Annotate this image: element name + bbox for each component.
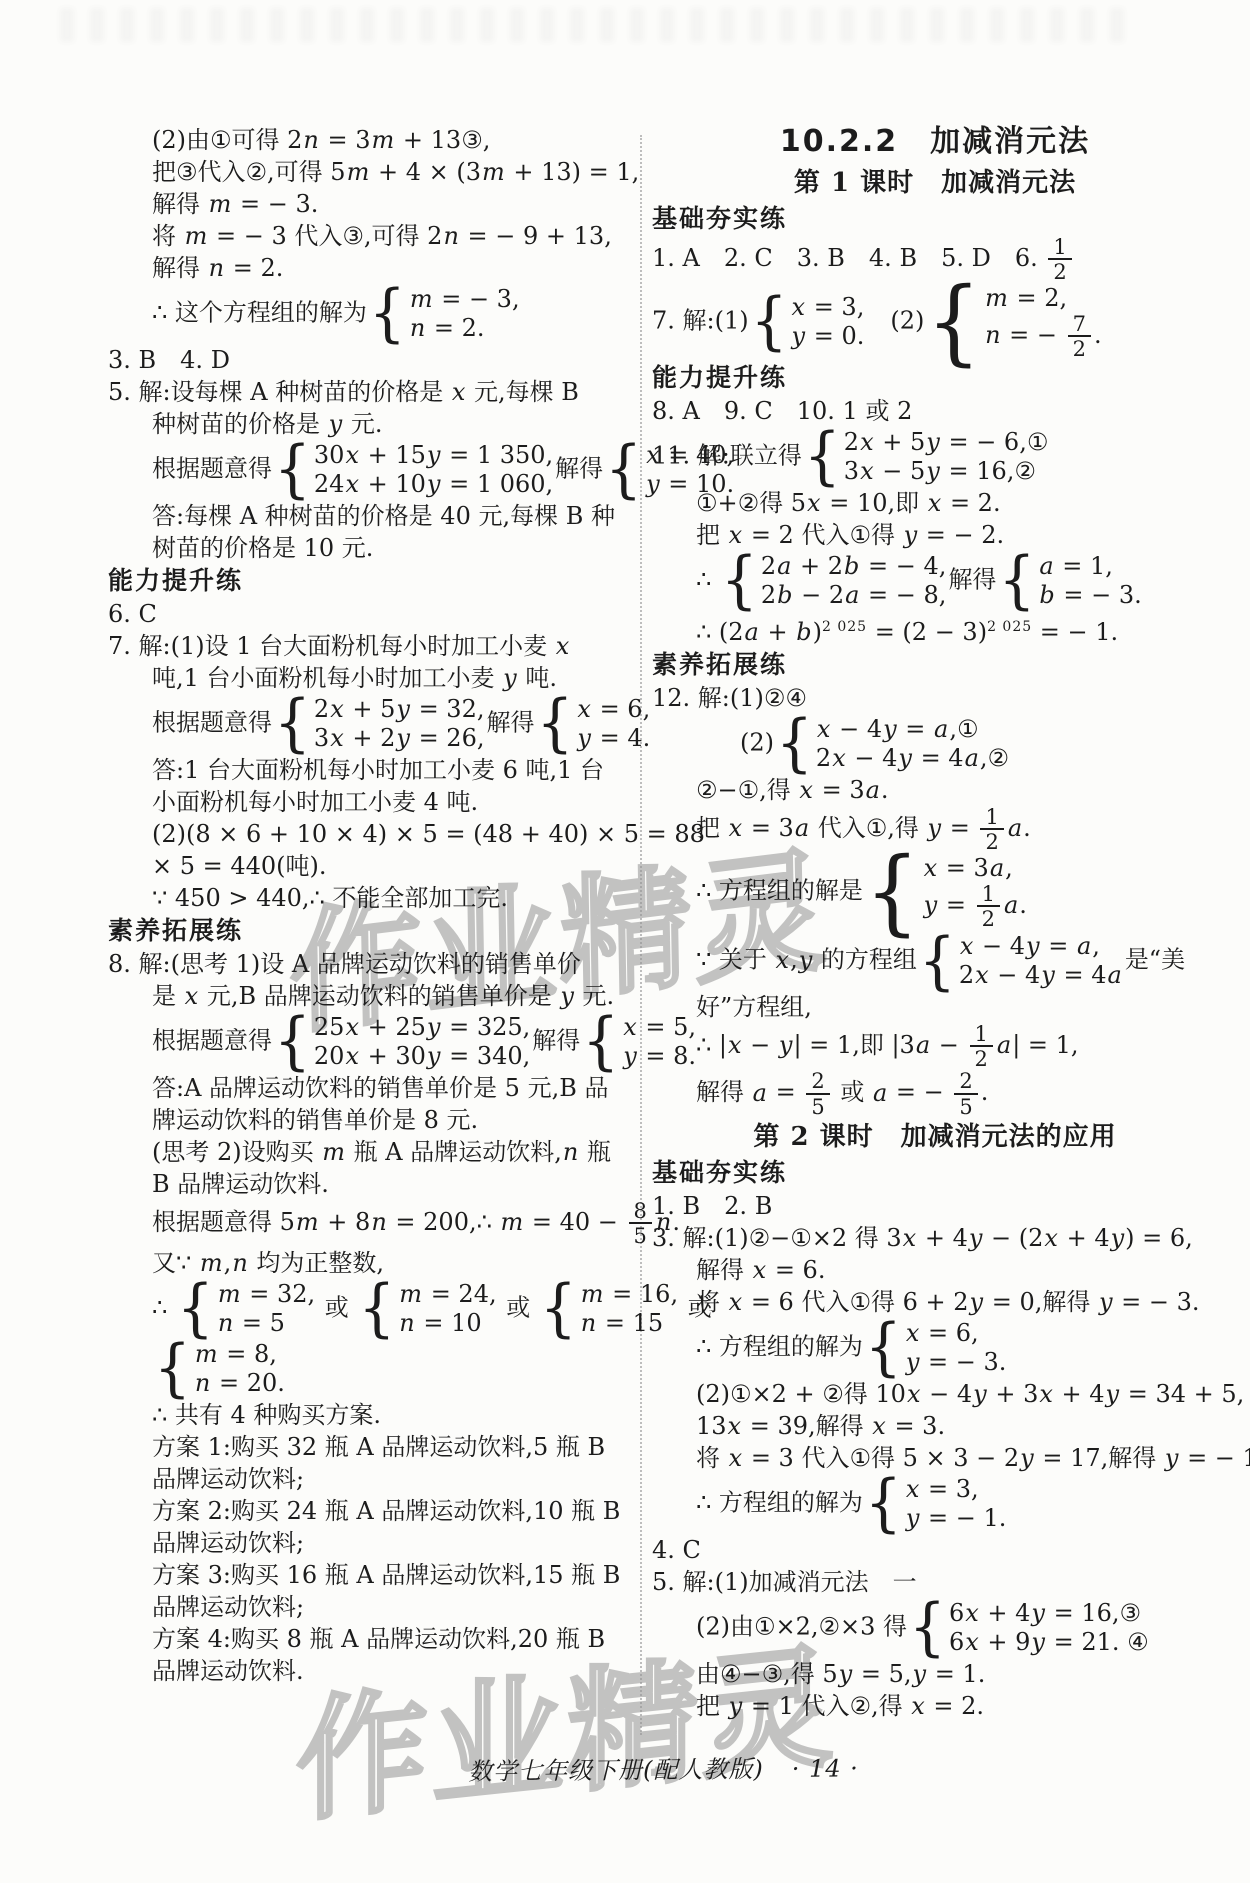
text-line: ∴ 方程组的解为{x = 6,y = − 3. [652,1318,1218,1378]
text-line: (2)由①×2,②×3 得{6x + 4y = 16,③6x + 9y = 21… [652,1598,1218,1658]
column-divider [640,135,642,1735]
text-line: ∴ |x − y| = 1,即 |3a − 12a| = 1, [652,1023,1218,1070]
text-line: 把 x = 3a 代入①,得 y = 12a. [652,806,1218,853]
text-line: 品牌运动饮料. [108,1655,636,1687]
text-line: 品牌运动饮料; [108,1591,636,1623]
text-line: ①+②得 5x = 10,即 x = 2. [652,487,1218,519]
text-line: 方案 1:购买 32 瓶 A 品牌运动饮料,5 瓶 B [108,1431,636,1463]
text-line: 4. C [652,1534,1218,1566]
text-line: 解得 x = 6. [652,1254,1218,1286]
column-left: (2)由①可得 2n = 3m + 13③,把③代入②,可得 5m + 4 × … [108,124,636,1687]
lesson-title: 第 1 课时 加减消元法 [652,164,1218,202]
text-line: 小面粉机每小时加工小麦 4 吨. [108,786,636,818]
text-line: ∴ 方程组的解为{x = 3,y = − 1. [652,1474,1218,1534]
text-line: (思考 2)设购买 m 瓶 A 品牌运动饮料,n 瓶 [108,1136,636,1168]
text-line: (2)(8 × 6 + 10 × 4) × 5 = (48 + 40) × 5 … [108,818,636,850]
text-line: 种树苗的价格是 y 元. [108,408,636,440]
text-line: × 5 = 440(吨). [108,850,636,882]
text-line: ∴ 方程组的解是{x = 3a,y = 12a. [652,853,1218,931]
text-line: 1. B 2. B [652,1190,1218,1222]
text-line: 答:A 品牌运动饮料的销售单价是 5 元,B 品 [108,1072,636,1104]
text-line: ∴ 这个方程组的解为{m = − 3,n = 2. [108,284,636,344]
column-right: 10.2.2 加减消元法第 1 课时 加减消元法基础夯实练1. A 2. C 3… [652,120,1218,1722]
text-line: 8. A 9. C 10. 1 或 2 [652,395,1218,427]
text-line: 把 y = 1 代入②,得 x = 2. [652,1690,1218,1722]
text-line: 答:每棵 A 种树苗的价格是 40 元,每棵 B 种 [108,500,636,532]
text-line: 7. 解:(1)设 1 台大面粉机每小时加工小麦 x [108,630,636,662]
footer-title: 数学七年级下册(配人教版) [468,1755,764,1786]
text-line: 根据题意得 5m + 8n = 200,∴ m = 40 − 85n. [108,1200,636,1247]
text-line: B 品牌运动饮料. [108,1168,636,1200]
text-line: 方案 4:购买 8 瓶 A 品牌运动饮料,20 瓶 B [108,1623,636,1655]
section-header: 素养拓展练 [108,914,636,948]
text-line: 3. 解:(1)②−①×2 得 3x + 4y − (2x + 4y) = 6, [652,1222,1218,1254]
text-line: 12. 解:(1)②④ [652,682,1218,714]
section-header: 基础夯实练 [652,202,1218,236]
text-line: (2)由①可得 2n = 3m + 13③, [108,124,636,156]
text-line: 5. 解:设每棵 A 种树苗的价格是 x 元,每棵 B [108,376,636,408]
text-line: 方案 3:购买 16 瓶 A 品牌运动饮料,15 瓶 B [108,1559,636,1591]
text-line: 根据题意得{30x + 15y = 1 350,24x + 10y = 1 06… [108,440,636,500]
text-line: 将 x = 3 代入①得 5 × 3 − 2y = 17,解得 y = − 1. [652,1442,1218,1474]
page-footer: 数学七年级下册(配人教版)· 14 · [468,1748,859,1786]
text-line: 解得 m = − 3. [108,188,636,220]
text-line: 7. 解:(1){x = 3,y = 0. (2){m = 2,n = − 72… [652,283,1218,361]
text-line: {m = 8,n = 20. [108,1339,636,1399]
text-line: ∴ {m = 32,n = 5 或 {m = 24,n = 10 或 {m = … [108,1279,636,1339]
page-number: · 14 · [792,1754,859,1783]
text-line: 方案 2:购买 24 瓶 A 品牌运动饮料,10 瓶 B [108,1495,636,1527]
text-line: 根据题意得{2x + 5y = 32,3x + 2y = 26,解得{x = 6… [108,694,636,754]
text-line: ∴ {2a + 2b = − 4,2b − 2a = − 8,解得{a = 1,… [652,551,1218,611]
text-line: 树苗的价格是 10 元. [108,532,636,564]
text-line: 把③代入②,可得 5m + 4 × (3m + 13) = 1, [108,156,636,188]
section-header: 能力提升练 [108,564,636,598]
text-line: 根据题意得{25x + 25y = 325,20x + 30y = 340,解得… [108,1012,636,1072]
text-line: 将 x = 6 代入①得 6 + 2y = 0,解得 y = − 3. [652,1286,1218,1318]
text-line: ∴ (2a + b)2 025 = (2 − 3)2 025 = − 1. [652,611,1218,648]
text-line: 品牌运动饮料; [108,1463,636,1495]
text-line: 是 x 元,B 品牌运动饮料的销售单价是 y 元. [108,980,636,1012]
text-line: ∵ 关于 x,y 的方程组{x − 4y = a,2x − 4y = 4a是“美 [652,931,1218,991]
section-header: 基础夯实练 [652,1156,1218,1190]
text-line: 牌运动饮料的销售单价是 8 元. [108,1104,636,1136]
workbook-page: 作业精灵 作业精灵 (2)由①可得 2n = 3m + 13③,把③代入②,可得… [0,0,1250,1883]
text-line: 8. 解:(思考 1)设 A 品牌运动饮料的销售单价 [108,948,636,980]
text-line: 13x = 39,解得 x = 3. [652,1410,1218,1442]
section-header: 素养拓展练 [652,648,1218,682]
text-line: 解得 a = 25 或 a = − 25. [652,1070,1218,1117]
text-line: 将 m = − 3 代入③,可得 2n = − 9 + 13, [108,220,636,252]
text-line: 11. 解:联立得{2x + 5y = − 6,①3x − 5y = 16,② [652,427,1218,487]
text-line: 6. C [108,598,636,630]
text-line: (2)①×2 + ②得 10x − 4y + 3x + 4y = 34 + 5, [652,1378,1218,1410]
scan-artifact [60,8,1140,42]
text-line: 品牌运动饮料; [108,1527,636,1559]
text-line: (2){x − 4y = a,①2x − 4y = 4a,② [652,714,1218,774]
text-line: ②−①,得 x = 3a. [652,774,1218,806]
text-line: ∵ 450 > 440,∴ 不能全部加工完. [108,882,636,914]
lesson-title: 第 2 课时 加减消元法的应用 [652,1118,1218,1156]
section-title: 10.2.2 加减消元法 [652,120,1218,164]
